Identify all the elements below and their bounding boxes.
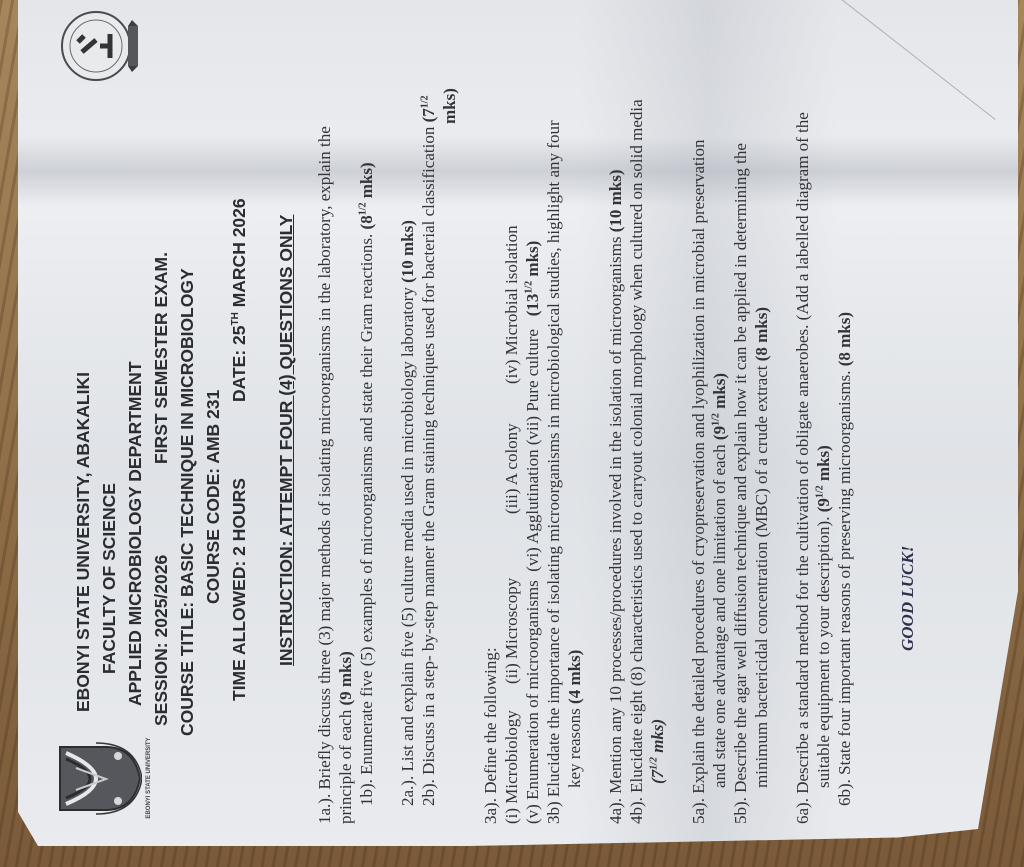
question-3b: 3b) Elucidate the importance of isolatin… <box>543 4 564 824</box>
faculty-name: FACULTY OF SCIENCE <box>96 114 122 674</box>
course-title: COURSE TITLE: BASIC TECHNIQUE IN MICROBI… <box>174 176 200 736</box>
question-6a: 6a). Describe a standard method for the … <box>792 4 813 824</box>
exam-header: EBONYI STATE UNIVERSITY, ABAKALIKI FACUL… <box>70 136 252 696</box>
department-name: APPLIED MICROBIOLOGY DEPARTMENT <box>122 146 148 706</box>
question-5a: 5a). Explain the detailed procedures of … <box>688 4 709 824</box>
question-4b: 4b). Elucidate eight (8) characteristics… <box>626 4 647 824</box>
question-3a-terms-1: (i) Microbiology(ii) Microscopy(iii) A c… <box>501 4 522 824</box>
exam-paper: EBONYI STATE UNIVERSITY EBONYI STATE UNI… <box>18 0 1018 846</box>
crest-caption: EBONYI STATE UNIVERSITY <box>146 728 152 828</box>
question-3a-terms-2: (v) Enumeration of microorganisms (vi) A… <box>522 4 543 824</box>
question-5b-cont: minimum bactericidal concentration (MBC)… <box>751 4 772 824</box>
closing-text: GOOD LUCK! <box>898 546 918 651</box>
question-3a: 3a). Define the following: <box>480 4 501 824</box>
exam-page: EBONYI STATE UNIVERSITY EBONYI STATE UNI… <box>18 0 1018 846</box>
question-2a: 2a.). List and explain five (5) culture … <box>397 4 418 824</box>
time-allowed: TIME ALLOWED: 2 HOURS <box>229 478 249 701</box>
question-6a-cont: suitable equipment to your description).… <box>813 4 834 824</box>
question-2b-marks-cont: mks) <box>439 4 460 824</box>
question-2b: 2b). Discuss in a step- by-step manner t… <box>418 4 439 824</box>
question-1a-cont: principle of each (9 mks) <box>335 4 356 824</box>
exam-type: FIRST SEMESTER EXAM. <box>148 252 174 464</box>
university-name: EBONYI STATE UNIVERSITY, ABAKALIKI <box>70 152 96 712</box>
instruction: INSTRUCTION: ATTEMPT FOUR (4) QUESTIONS … <box>276 215 297 666</box>
exam-date: DATE: 25TH MARCH 2026 <box>226 198 252 402</box>
questions-list: 1a.). Briefly discuss three (3) major me… <box>314 4 855 824</box>
question-6b: 6b). State four important reasons of pre… <box>834 4 855 824</box>
question-5b: 5b). Describe the agar well diffusion te… <box>730 4 751 824</box>
question-3b-cont: key reasons (4 mks) <box>564 4 585 824</box>
session: SESSION: 2025/2026 <box>151 555 171 726</box>
university-crest-icon <box>56 741 142 816</box>
department-seal-icon <box>52 0 140 86</box>
course-code: COURSE CODE: AMB 231 <box>200 44 226 604</box>
session-exam-row: SESSION: 2025/2026 FIRST SEMESTER EXAM. <box>148 136 174 696</box>
time-date-row: TIME ALLOWED: 2 HOURS DATE: 25TH MARCH 2… <box>226 136 252 696</box>
question-4b-marks: (71/2 mks) <box>647 4 668 824</box>
question-1a: 1a.). Briefly discuss three (3) major me… <box>314 4 335 824</box>
question-1b: 1b). Enumerate five (5) examples of micr… <box>356 4 377 824</box>
question-5a-cont: and state one advantage and one limitati… <box>709 4 730 824</box>
question-4a: 4a). Mention any 10 processes/procedures… <box>605 4 626 824</box>
